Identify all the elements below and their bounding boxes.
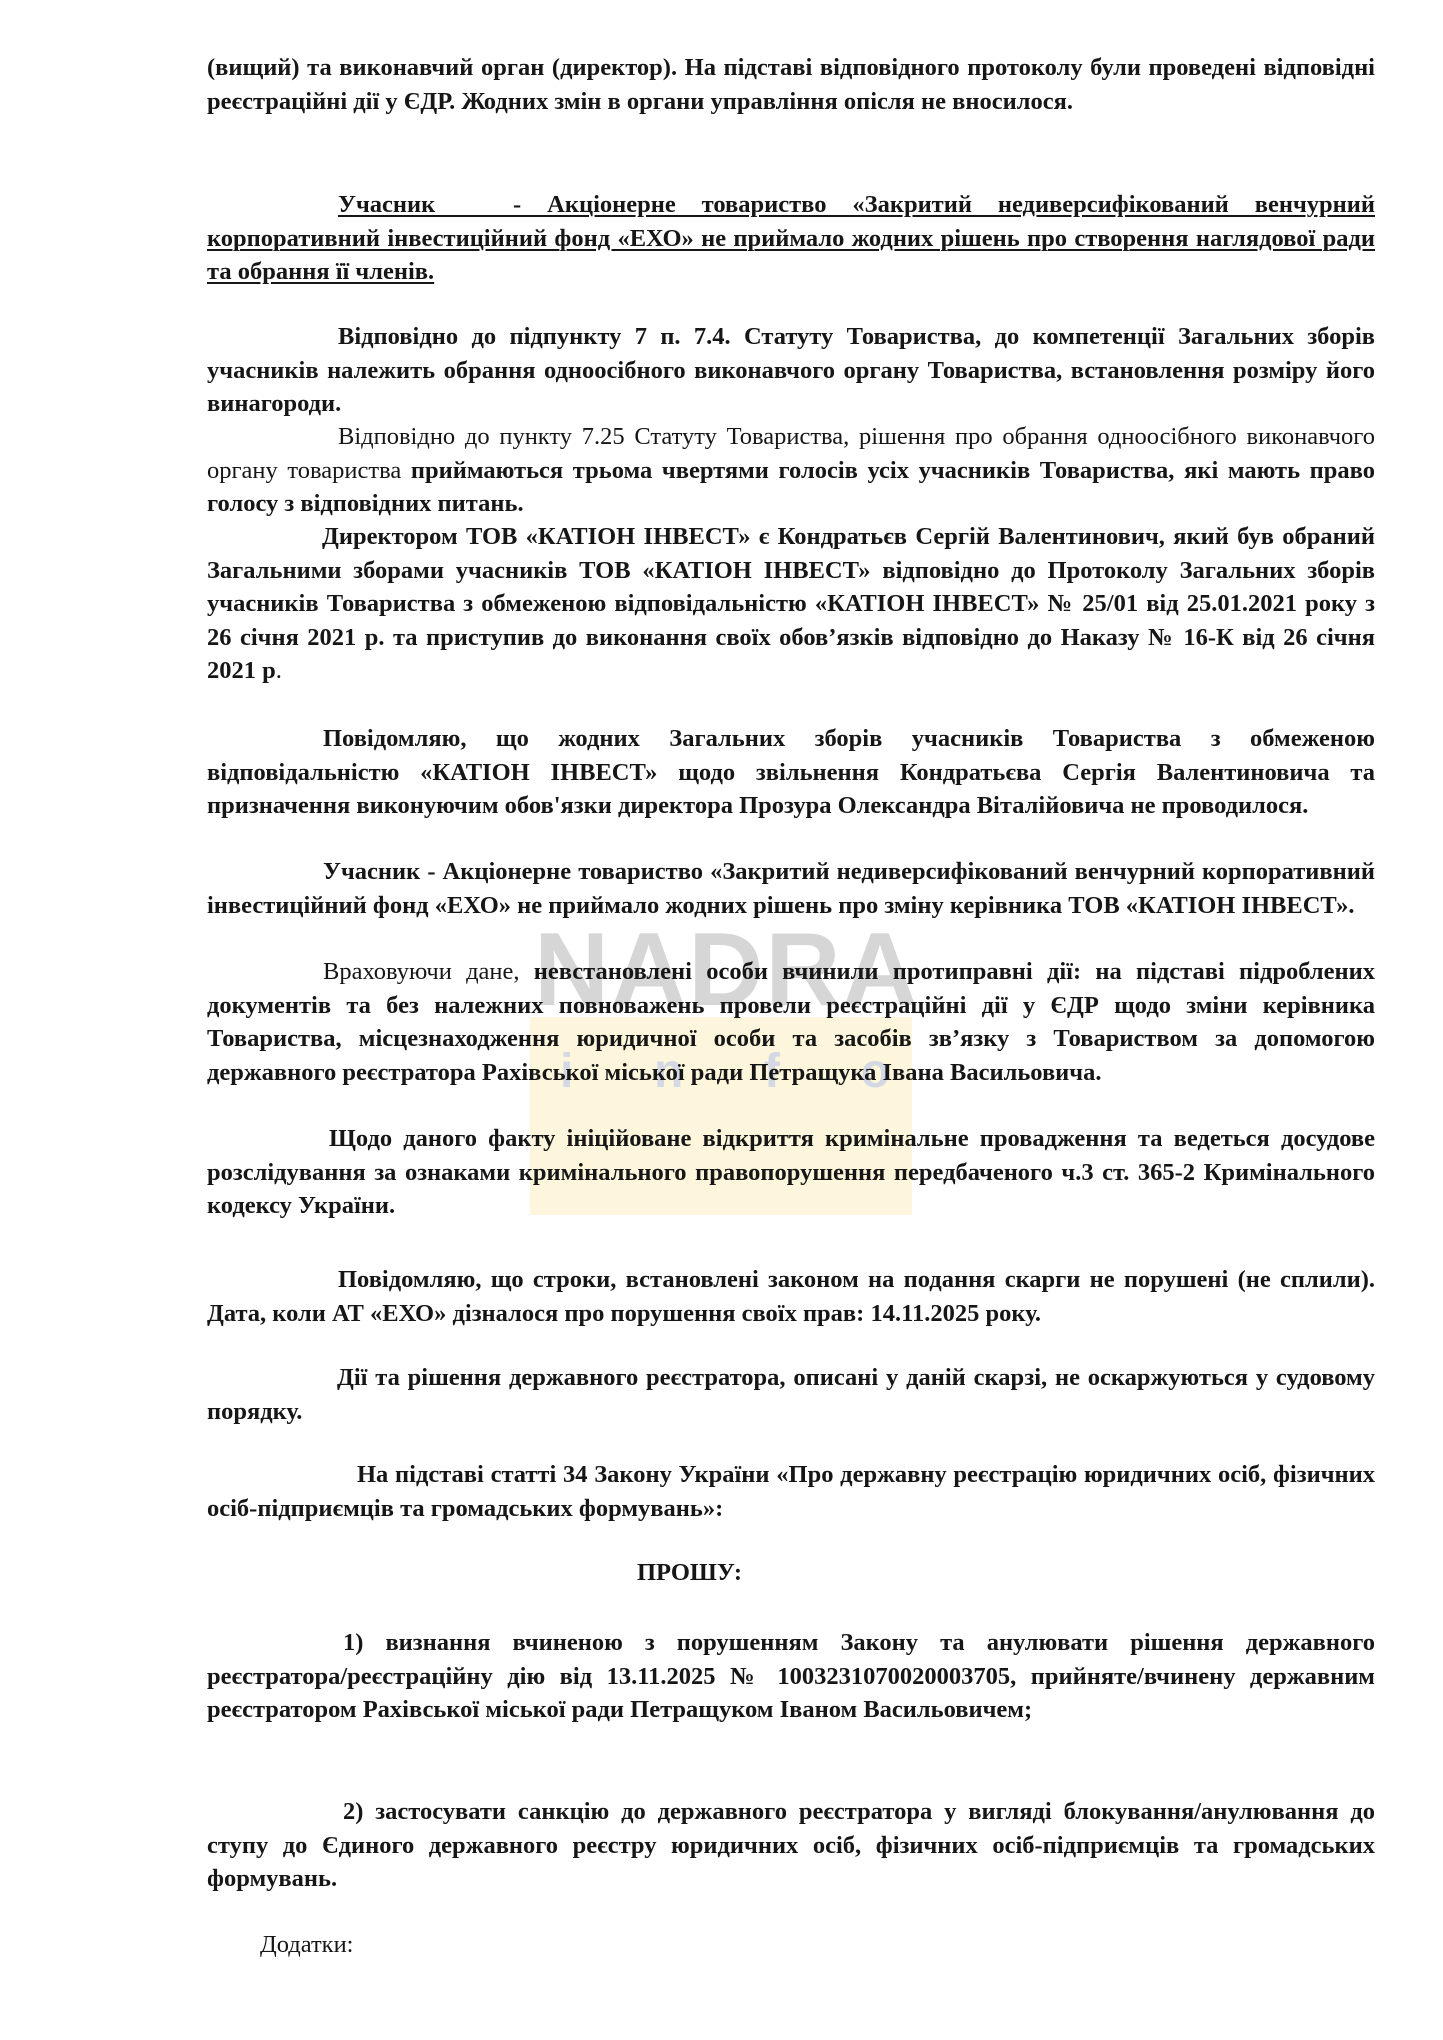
director-text-end: . [276,657,282,684]
unlawful-intro: Враховуючи дане, [323,958,520,985]
paragraph-unlawful-actions: Враховуючи дане, невстановлені особи вчи… [207,955,1375,1089]
paragraph-director: Директором ТОВ «КАТІОН ІНВЕСТ» є Кондрат… [207,520,1375,688]
paragraph-voting: Відповідно до пункту 7.25 Статуту Товари… [207,420,1375,521]
request-heading: ПРОШУ: [637,1556,742,1590]
attachments-label: Додатки: [260,1928,354,1962]
paragraph-no-meetings: Повідомляю, що жодних Загальних зборів у… [207,722,1375,823]
underlined-statement: Учасник - Акціонерне товариство «Закрити… [207,191,1375,285]
paragraph-legal-basis: На підставі статті 34 Закону України «Пр… [207,1458,1375,1525]
director-text: Директором ТОВ «КАТІОН ІНВЕСТ» є Кондрат… [207,523,1375,684]
paragraph-competence: Відповідно до підпункту 7 п. 7.4. Статут… [207,320,1375,421]
paragraph-participant: Учасник - Акціонерне товариство «Закрити… [207,855,1375,922]
paragraph-deadlines: Повідомляю, що строки, встановлені закон… [207,1263,1375,1330]
request-item-1: 1) визнання вчиненою з порушенням Закону… [207,1626,1375,1727]
request-item-2: 2) застосувати санкцію до державного реє… [207,1795,1375,1896]
paragraph-governance: (вищий) та виконавчий орган (директор). … [207,51,1375,118]
document-page: NADRA i n f o (вищий) та виконавчий орга… [0,0,1443,2040]
paragraph-criminal-case: Щодо даного факту ініційоване відкриття … [207,1122,1375,1223]
paragraph-supervisory-board: Учасник - Акціонерне товариство «Закрити… [207,188,1375,289]
paragraph-not-appealed: Дії та рішення державного реєстратора, о… [207,1361,1375,1428]
